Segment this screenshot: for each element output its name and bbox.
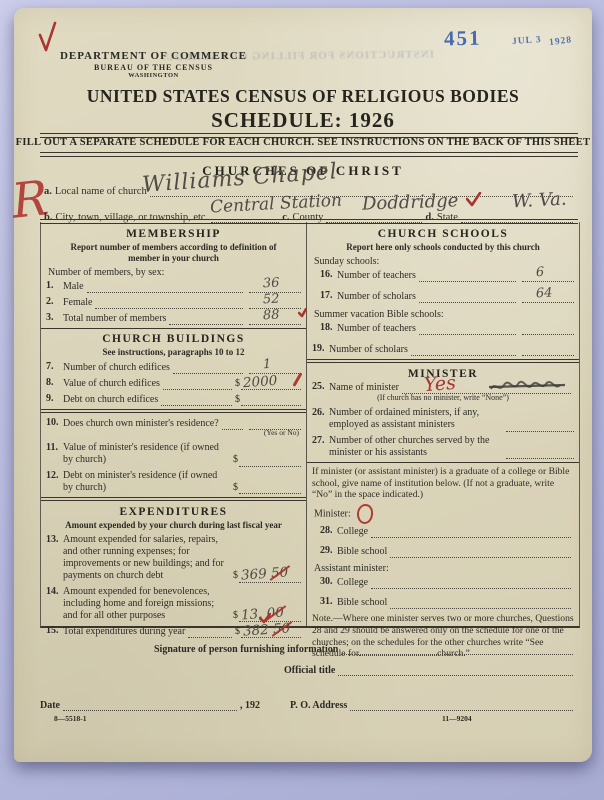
- q19-label: Number of scholars: [329, 344, 408, 356]
- expenditures-subtitle: Amount expended by your church during la…: [54, 520, 293, 531]
- date-year-suffix: , 192: [240, 700, 260, 711]
- left-column: MEMBERSHIP Report number of members acco…: [41, 222, 307, 626]
- stamp-year: 1928: [548, 35, 572, 48]
- divider-residence-expenditures: [41, 497, 306, 501]
- q2-number: 2.: [46, 296, 54, 308]
- q18-number: 18.: [320, 322, 333, 334]
- divider-minister-graduate: [307, 462, 579, 463]
- question-3: 3. Total number of members 88: [46, 312, 301, 325]
- q13-money: $ 369 50: [233, 570, 301, 583]
- question-7: 7. Number of church edifices 1: [46, 361, 301, 374]
- q29-number: 29.: [320, 545, 333, 557]
- graduate-assistant-label: Assistant minister:: [314, 563, 574, 575]
- q10-yes-or-no: (Yes or No): [264, 428, 299, 437]
- q9-leader: [161, 393, 232, 406]
- summer-schools-label: Summer vacation Bible schools:: [314, 309, 574, 321]
- line-a-label: Local name of church: [55, 186, 147, 197]
- q12-number: 12.: [46, 470, 59, 482]
- q9-label: Debt on church edifices: [63, 394, 158, 406]
- banner-instruction: FILL OUT A SEPARATE SCHEDULE FOR EACH CH…: [14, 137, 592, 148]
- q8-leader: [163, 377, 232, 390]
- q10-leader: [222, 417, 243, 430]
- signature-rule: [341, 642, 573, 655]
- q12-label: Debt on minister's residence (if owned b…: [63, 470, 229, 494]
- form-number-right: 11—9204: [442, 714, 472, 723]
- q13-dollar-sign: $: [233, 570, 238, 582]
- q17-label: Number of scholars: [337, 291, 416, 303]
- q15-dollar-sign: $: [235, 626, 240, 638]
- q30-leader: [371, 576, 571, 589]
- question-29: 29. Bible school: [320, 545, 574, 558]
- q29-label: Bible school: [337, 546, 387, 558]
- q9-answer: [241, 393, 301, 406]
- question-12: 12. Debt on minister's residence (if own…: [46, 470, 301, 494]
- note-blank: [359, 655, 437, 656]
- stamp-month-day: JUL 3: [512, 35, 542, 47]
- q13-answer: 369 50: [239, 570, 301, 583]
- divider-schools-minister: [307, 359, 579, 363]
- q31-leader: [390, 596, 571, 609]
- q17-handwriting: 64: [536, 286, 553, 303]
- q7-label: Number of church edifices: [63, 362, 170, 374]
- q17-answer: 64: [522, 290, 574, 303]
- q11-label: Value of minister's residence (if owned …: [63, 442, 229, 466]
- q16-number: 16.: [320, 269, 333, 281]
- q31-label: Bible school: [337, 597, 387, 609]
- right-column: CHURCH SCHOOLS Report here only schools …: [307, 222, 579, 626]
- state-handwriting: W. Va.: [511, 189, 567, 213]
- q26-answer: [506, 419, 574, 432]
- q25-number: 25.: [312, 381, 325, 393]
- q17-number: 17.: [320, 290, 333, 302]
- q14-dollar-sign: $: [233, 610, 238, 622]
- red-zero-mark: [356, 503, 373, 524]
- buildings-subtitle: See instructions, paragraphs 10 to 12: [54, 347, 293, 358]
- membership-title: MEMBERSHIP: [46, 227, 301, 241]
- red-check-county-icon: [466, 192, 482, 207]
- form-body-columns: MEMBERSHIP Report number of members acco…: [40, 222, 580, 628]
- question-17: 17. Number of scholars 64: [320, 290, 574, 303]
- q1-leader: [87, 280, 243, 293]
- date-label: Date: [40, 700, 60, 711]
- q15-cents-struck: 50: [272, 620, 290, 638]
- q30-label: College: [337, 577, 368, 589]
- question-1: 1. Male 36: [46, 280, 301, 293]
- question-30: 30. College: [320, 576, 574, 589]
- q12-dollar-sign: $: [233, 482, 238, 494]
- date-line: Date , 192: [40, 698, 260, 711]
- red-slash-2000-icon: [292, 372, 302, 386]
- question-10: 10. Does church own minister's residence…: [46, 417, 301, 430]
- q27-label: Number of other churches served by the m…: [329, 435, 502, 459]
- q9-dollar-sign: $: [235, 394, 240, 406]
- red-tick-88-icon: [298, 308, 307, 318]
- q28-label: College: [337, 526, 368, 538]
- buildings-title: CHURCH BUILDINGS: [46, 332, 301, 346]
- q16-leader: [419, 269, 516, 282]
- q8-dollar-sign: $: [235, 378, 240, 390]
- q15-answer: 382 50: [241, 625, 301, 638]
- q3-leader: [169, 312, 243, 325]
- q19-leader: [411, 343, 516, 356]
- graduate-minister-label: Minister:: [314, 504, 574, 524]
- question-13: 13. Amount expended for salaries, repair…: [46, 534, 301, 583]
- schools-title: CHURCH SCHOOLS: [312, 227, 574, 241]
- q8-money: $ 2000: [235, 377, 301, 390]
- question-27: 27. Number of other churches served by t…: [312, 435, 574, 459]
- q10-answer: (Yes or No): [249, 417, 301, 430]
- signature-label: Signature of person furnishing informati…: [154, 644, 338, 655]
- rule-below-banner: [40, 152, 578, 157]
- form-number-left: 8—5518-1: [54, 714, 87, 723]
- q10-number: 10.: [46, 417, 59, 429]
- q19-answer: [522, 343, 574, 356]
- q13-handwriting: 369 50: [240, 565, 288, 585]
- q28-number: 28.: [320, 525, 333, 537]
- q2-label: Female: [63, 297, 92, 309]
- agency-line2: BUREAU OF THE CENSUS: [56, 63, 251, 72]
- q26-number: 26.: [312, 407, 325, 419]
- q1-number: 1.: [46, 280, 54, 292]
- q9-money: $: [235, 393, 301, 406]
- q8-answer: 2000: [241, 377, 301, 390]
- q7-number: 7.: [46, 361, 54, 373]
- q26-answer-cell: [506, 419, 574, 432]
- question-28: 28. College: [320, 525, 574, 538]
- q18-leader: [419, 322, 516, 335]
- q3-label: Total number of members: [63, 313, 166, 325]
- q10-label: Does church own minister's residence?: [63, 418, 219, 430]
- red-check-icon: [38, 20, 58, 54]
- po-address-rule: [350, 698, 573, 711]
- q13-cents-struck: 50: [270, 565, 288, 583]
- membership-subtitle: Report number of members according to de…: [54, 242, 293, 264]
- question-11: 11. Value of minister's residence (if ow…: [46, 442, 301, 466]
- divider-membership-buildings: [41, 328, 306, 329]
- received-number-stamp: 451: [444, 26, 482, 52]
- q15-dollars: 382: [242, 622, 269, 640]
- q9-number: 9.: [46, 393, 54, 405]
- q29-leader: [390, 545, 571, 558]
- divider-edifices-residence: [41, 409, 306, 413]
- q26-label: Number of ordained ministers, if any, em…: [329, 407, 502, 431]
- agency-line1: DEPARTMENT OF COMMERCE: [56, 50, 251, 62]
- q15-leader: [188, 625, 232, 638]
- q13-dollars: 369: [240, 566, 267, 584]
- q7-handwriting: 1: [263, 357, 272, 373]
- q14-number: 14.: [46, 586, 59, 598]
- q25-leader: Yes: [402, 381, 571, 394]
- q3-answer: 88: [249, 312, 301, 325]
- question-26: 26. Number of ordained ministers, if any…: [312, 407, 574, 431]
- question-16: 16. Number of teachers 6: [320, 269, 574, 282]
- agency-block: DEPARTMENT OF COMMERCE BUREAU OF THE CEN…: [56, 50, 251, 79]
- po-address-line: P. O. Address: [290, 698, 576, 711]
- q11-answer: [239, 454, 301, 467]
- q27-number: 27.: [312, 435, 325, 447]
- q16-handwriting: 6: [536, 265, 545, 281]
- q2-handwriting: 52: [263, 292, 280, 309]
- q30-number: 30.: [320, 576, 333, 588]
- form-title: UNITED STATES CENSUS OF RELIGIOUS BODIES: [14, 86, 592, 107]
- q3-number: 3.: [46, 312, 54, 324]
- q15-money: $ 382 50: [235, 625, 301, 638]
- q27-answer: [506, 446, 574, 459]
- question-15: 15. Total expenditures during year $ 382…: [46, 625, 301, 638]
- form-schedule-year: SCHEDULE: 1926: [14, 108, 592, 133]
- q25-scribbled-name: [489, 379, 567, 395]
- q28-leader: [371, 525, 571, 538]
- q14-label: Amount expended for benevolences, includ…: [63, 586, 229, 623]
- graduate-intro: If minister (or assistant minister) is a…: [312, 466, 574, 501]
- q25-red-yes-handwriting: Yes: [423, 372, 456, 397]
- q16-label: Number of teachers: [337, 270, 416, 282]
- q1-handwriting: 36: [263, 276, 280, 293]
- census-form-page: INSTRUCTIONS FOR FILLING OUT SCHEDULE DE…: [14, 8, 592, 762]
- question-9: 9. Debt on church edifices $: [46, 393, 301, 406]
- date-rule: [63, 698, 237, 711]
- q31-number: 31.: [320, 596, 333, 608]
- q1-label: Male: [63, 281, 84, 293]
- q15-number: 15.: [46, 625, 59, 637]
- q25-label: Name of minister: [329, 382, 399, 394]
- q27-answer-cell: [506, 446, 574, 459]
- q15-handwriting: 382 50: [242, 620, 290, 640]
- question-2: 2. Female 52: [46, 296, 301, 309]
- schools-subtitle: Report here only schools conducted by th…: [320, 242, 566, 253]
- q8-number: 8.: [46, 377, 54, 389]
- official-title-label: Official title: [284, 665, 335, 676]
- question-31: 31. Bible school: [320, 596, 574, 609]
- minister-colon-label: Minister:: [314, 508, 351, 519]
- question-18: 18. Number of teachers: [320, 322, 574, 335]
- expenditures-title: EXPENDITURES: [46, 505, 301, 519]
- q11-number: 11.: [46, 442, 58, 454]
- q19-number: 19.: [312, 343, 325, 355]
- q2-leader: [95, 296, 243, 309]
- q7-leader: [173, 361, 243, 374]
- agency-line3: WASHINGTON: [56, 72, 251, 79]
- q3-handwriting: 88: [263, 308, 280, 325]
- q12-answer: [239, 481, 301, 494]
- official-title-line: Official title: [284, 663, 576, 676]
- q12-money: $: [233, 481, 301, 494]
- q11-money: $: [233, 454, 301, 467]
- q11-dollar-sign: $: [233, 454, 238, 466]
- question-19: 19. Number of scholars: [312, 343, 574, 356]
- signature-line: Signature of person furnishing informati…: [154, 642, 576, 655]
- line-a-letter: a.: [44, 186, 52, 197]
- question-8: 8. Value of church edifices $ 2000: [46, 377, 301, 390]
- q8-handwriting: 2000: [242, 372, 277, 391]
- question-25: 25. Name of minister Yes: [312, 381, 574, 394]
- official-title-rule: [338, 663, 573, 676]
- q18-label: Number of teachers: [337, 323, 416, 335]
- q16-answer: 6: [522, 269, 574, 282]
- po-address-label: P. O. Address: [290, 700, 347, 711]
- date-received-stamp: JUL 31928: [512, 33, 572, 47]
- q17-leader: [419, 290, 516, 303]
- county-handwriting: Doddridge: [362, 190, 459, 214]
- q15-label: Total expenditures during year: [63, 626, 185, 638]
- q13-number: 13.: [46, 534, 59, 546]
- q13-label: Amount expended for salaries, repairs, a…: [63, 534, 229, 583]
- q18-answer: [522, 322, 574, 335]
- q8-label: Value of church edifices: [63, 378, 160, 390]
